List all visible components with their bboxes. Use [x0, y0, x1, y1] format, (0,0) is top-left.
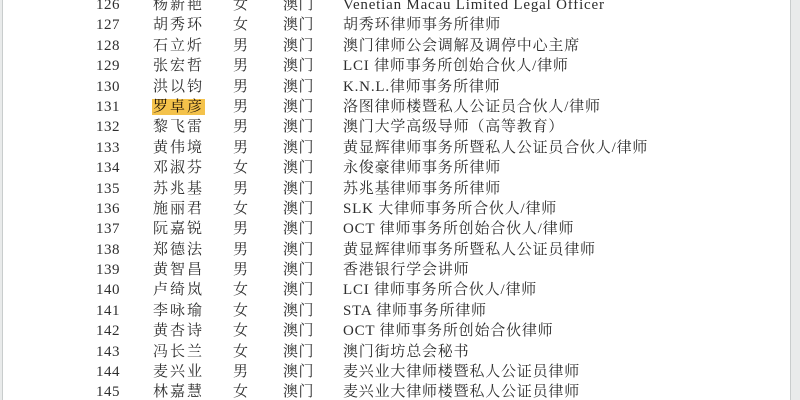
region-cell: 澳门 [283, 56, 325, 76]
description-cell: 黄显辉律师事务所暨私人公证员律师 [343, 240, 790, 260]
row-number-cell: 140 [88, 280, 120, 300]
table-row: 143 冯长兰 女 澳门 澳门街坊总会秘书 [0, 342, 790, 362]
region-cell: 澳门 [283, 15, 325, 35]
name-text: 麦兴业 [152, 364, 205, 380]
description-cell: SLK 大律师事务所合伙人/律师 [343, 199, 790, 219]
table-row: 133 黄伟境 男 澳门 黄显辉律师事务所暨私人公证员合伙人/律师 [0, 138, 790, 158]
table-row: 145 林嘉慧 女 澳门 麦兴业大律师楼暨私人公证员律师 [0, 382, 790, 400]
description-cell: 洛图律师楼暨私人公证员合伙人/律师 [343, 97, 790, 117]
name-cell: 张宏哲 [152, 56, 222, 76]
region-cell: 澳门 [283, 219, 325, 239]
region-cell: 澳门 [283, 158, 325, 178]
page-edge-left [0, 0, 3, 400]
description-cell: Venetian Macau Limited Legal Officer [343, 0, 790, 15]
gender-cell: 男 [233, 36, 261, 56]
name-cell: 李咏瑜 [152, 301, 222, 321]
table-row: 141 李咏瑜 女 澳门 STA 律师事务所律师 [0, 301, 790, 321]
name-text: 洪以钧 [152, 79, 205, 95]
region-cell: 澳门 [283, 77, 325, 97]
row-number-cell: 141 [88, 301, 120, 321]
description-cell: STA 律师事务所律师 [343, 301, 790, 321]
region-cell: 澳门 [283, 199, 325, 219]
region-cell: 澳门 [283, 280, 325, 300]
name-cell: 卢绮岚 [152, 280, 222, 300]
row-number-cell: 126 [88, 0, 120, 15]
region-cell: 澳门 [283, 0, 325, 15]
table-row: 127 胡秀环 女 澳门 胡秀环律师事务所律师 [0, 15, 790, 35]
name-text: 冯长兰 [152, 344, 205, 360]
row-number-cell: 127 [88, 15, 120, 35]
region-cell: 澳门 [283, 362, 325, 382]
row-number-cell: 128 [88, 36, 120, 56]
name-cell: 黄杏诗 [152, 321, 222, 341]
gender-cell: 男 [233, 179, 261, 199]
name-cell: 苏兆基 [152, 179, 222, 199]
description-cell: 澳门律师公会调解及调停中心主席 [343, 36, 790, 56]
row-number-cell: 138 [88, 240, 120, 260]
description-cell: 麦兴业大律师楼暨私人公证员律师 [343, 382, 790, 400]
gender-cell: 女 [233, 321, 261, 341]
gender-cell: 女 [233, 280, 261, 300]
name-cell: 黎飞雷 [152, 117, 222, 137]
row-number-cell: 132 [88, 117, 120, 137]
row-number-cell: 142 [88, 321, 120, 341]
table-row: 144 麦兴业 男 澳门 麦兴业大律师楼暨私人公证员律师 [0, 362, 790, 382]
table-row: 129 张宏哲 男 澳门 LCI 律师事务所创始合伙人/律师 [0, 56, 790, 76]
name-cell: 邓淑芬 [152, 158, 222, 178]
table-row: 128 石立炘 男 澳门 澳门律师公会调解及调停中心主席 [0, 36, 790, 56]
name-text: 胡秀环 [152, 17, 205, 33]
row-number-cell: 139 [88, 260, 120, 280]
table-row: 138 郑德法 男 澳门 黄显辉律师事务所暨私人公证员律师 [0, 240, 790, 260]
name-cell: 施丽君 [152, 199, 222, 219]
name-text: 黄杏诗 [152, 323, 205, 339]
region-cell: 澳门 [283, 179, 325, 199]
row-number-cell: 144 [88, 362, 120, 382]
gender-cell: 女 [233, 301, 261, 321]
pdf-page: 126 杨新艳 女 澳门 Venetian Macau Limited Lega… [0, 0, 800, 400]
table-row: 135 苏兆基 男 澳门 苏兆基律师事务所律师 [0, 179, 790, 199]
name-text: 李咏瑜 [152, 303, 205, 319]
name-text: 黎飞雷 [152, 119, 205, 135]
table-row: 139 黄智昌 男 澳门 香港银行学会讲师 [0, 260, 790, 280]
page-edge-right [790, 0, 800, 400]
name-text: 郑德法 [152, 242, 205, 258]
name-cell: 洪以钧 [152, 77, 222, 97]
row-number-cell: 130 [88, 77, 120, 97]
table-row: 134 邓淑芬 女 澳门 永俊豪律师事务所律师 [0, 158, 790, 178]
region-cell: 澳门 [283, 36, 325, 56]
search-highlighted-name: 罗卓彦 [152, 99, 205, 115]
description-cell: 永俊豪律师事务所律师 [343, 158, 790, 178]
name-cell: 冯长兰 [152, 342, 222, 362]
name-text: 黄智昌 [152, 262, 205, 278]
name-cell: 麦兴业 [152, 362, 222, 382]
table-row: 136 施丽君 女 澳门 SLK 大律师事务所合伙人/律师 [0, 199, 790, 219]
name-cell: 阮嘉锐 [152, 219, 222, 239]
lawyer-list-table: 126 杨新艳 女 澳门 Venetian Macau Limited Lega… [0, 0, 790, 400]
description-cell: 香港银行学会讲师 [343, 260, 790, 280]
table-row: 130 洪以钧 男 澳门 K.N.L.律师事务所律师 [0, 77, 790, 97]
name-cell: 杨新艳 [152, 0, 222, 15]
region-cell: 澳门 [283, 260, 325, 280]
gender-cell: 男 [233, 77, 261, 97]
row-number-cell: 145 [88, 382, 120, 400]
region-cell: 澳门 [283, 117, 325, 137]
gender-cell: 男 [233, 260, 261, 280]
gender-cell: 男 [233, 97, 261, 117]
row-number-cell: 136 [88, 199, 120, 219]
description-cell: 澳门大学高级导师（高等教育） [343, 117, 790, 137]
gender-cell: 女 [233, 382, 261, 400]
region-cell: 澳门 [283, 138, 325, 158]
table-row: 132 黎飞雷 男 澳门 澳门大学高级导师（高等教育） [0, 117, 790, 137]
description-cell: 胡秀环律师事务所律师 [343, 15, 790, 35]
description-cell: 澳门街坊总会秘书 [343, 342, 790, 362]
name-text: 黄伟境 [152, 140, 205, 156]
name-text: 施丽君 [152, 201, 205, 217]
description-cell: OCT 律师事务所创始合伙人/律师 [343, 219, 790, 239]
region-cell: 澳门 [283, 97, 325, 117]
region-cell: 澳门 [283, 321, 325, 341]
gender-cell: 女 [233, 199, 261, 219]
gender-cell: 男 [233, 362, 261, 382]
name-text: 卢绮岚 [152, 282, 205, 298]
gender-cell: 男 [233, 56, 261, 76]
description-cell: OCT 律师事务所创始合伙律师 [343, 321, 790, 341]
gender-cell: 男 [233, 138, 261, 158]
name-text: 石立炘 [152, 38, 205, 54]
description-cell: LCI 律师事务所合伙人/律师 [343, 280, 790, 300]
row-number-cell: 131 [88, 97, 120, 117]
row-number-cell: 129 [88, 56, 120, 76]
row-number-cell: 137 [88, 219, 120, 239]
name-cell: 罗卓彦 [152, 97, 222, 117]
name-cell: 石立炘 [152, 36, 222, 56]
table-row: 131 罗卓彦 男 澳门 洛图律师楼暨私人公证员合伙人/律师 [0, 97, 790, 117]
name-cell: 郑德法 [152, 240, 222, 260]
description-cell: K.N.L.律师事务所律师 [343, 77, 790, 97]
region-cell: 澳门 [283, 382, 325, 400]
gender-cell: 女 [233, 158, 261, 178]
table-row: 140 卢绮岚 女 澳门 LCI 律师事务所合伙人/律师 [0, 280, 790, 300]
description-cell: LCI 律师事务所创始合伙人/律师 [343, 56, 790, 76]
description-cell: 黄显辉律师事务所暨私人公证员合伙人/律师 [343, 138, 790, 158]
name-text: 苏兆基 [152, 181, 205, 197]
table-row: 126 杨新艳 女 澳门 Venetian Macau Limited Lega… [0, 0, 790, 15]
name-text: 杨新艳 [152, 0, 205, 13]
region-cell: 澳门 [283, 301, 325, 321]
gender-cell: 女 [233, 342, 261, 362]
description-cell: 苏兆基律师事务所律师 [343, 179, 790, 199]
name-cell: 林嘉慧 [152, 382, 222, 400]
table-row: 137 阮嘉锐 男 澳门 OCT 律师事务所创始合伙人/律师 [0, 219, 790, 239]
gender-cell: 男 [233, 219, 261, 239]
table-row: 142 黄杏诗 女 澳门 OCT 律师事务所创始合伙律师 [0, 321, 790, 341]
name-text: 林嘉慧 [152, 384, 205, 400]
gender-cell: 女 [233, 0, 261, 15]
name-cell: 黄伟境 [152, 138, 222, 158]
name-text: 阮嘉锐 [152, 221, 205, 237]
name-cell: 胡秀环 [152, 15, 222, 35]
name-text: 邓淑芬 [152, 160, 205, 176]
region-cell: 澳门 [283, 240, 325, 260]
region-cell: 澳门 [283, 342, 325, 362]
name-text: 张宏哲 [152, 58, 205, 74]
name-cell: 黄智昌 [152, 260, 222, 280]
row-number-cell: 143 [88, 342, 120, 362]
gender-cell: 女 [233, 15, 261, 35]
gender-cell: 男 [233, 117, 261, 137]
row-number-cell: 135 [88, 179, 120, 199]
description-cell: 麦兴业大律师楼暨私人公证员律师 [343, 362, 790, 382]
row-number-cell: 133 [88, 138, 120, 158]
gender-cell: 男 [233, 240, 261, 260]
row-number-cell: 134 [88, 158, 120, 178]
